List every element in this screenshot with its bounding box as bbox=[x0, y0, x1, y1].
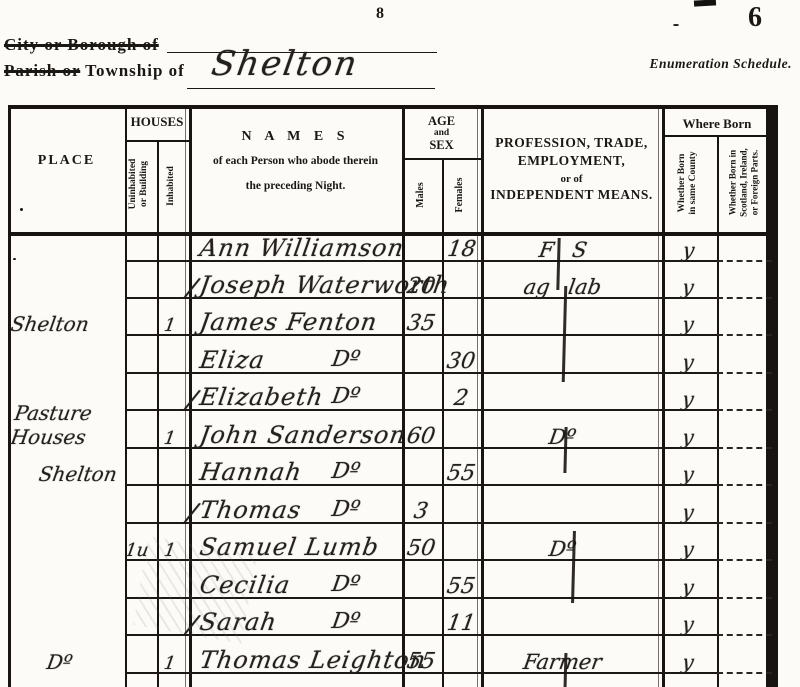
ditto-mark: Dº bbox=[330, 497, 362, 522]
inhabited-cell bbox=[151, 374, 191, 412]
inhabited-cell bbox=[151, 486, 191, 525]
place-cell bbox=[9, 524, 127, 562]
parish-township-line: Parish or Township of bbox=[4, 61, 185, 81]
born-elsewhere-line1: Whether Born in bbox=[728, 133, 739, 233]
township-label: Township of bbox=[85, 61, 185, 80]
born-county-cell: y bbox=[659, 561, 719, 600]
person-name: Ann Williamson bbox=[198, 234, 407, 262]
census-scan-page: 8 6 City or Borough of Parish or Townshi… bbox=[0, 0, 800, 687]
place-cell bbox=[9, 486, 127, 525]
col-header-where-born: Where Born bbox=[662, 117, 772, 132]
born-elsewhere-cell bbox=[715, 232, 774, 263]
large-page-number: 6 bbox=[748, 2, 762, 34]
name-cell: ElizaDº bbox=[190, 336, 402, 374]
col-header-born-county: Whether Born in same County bbox=[677, 135, 701, 231]
col-header-names-sub2: the preceding Night. bbox=[189, 180, 402, 193]
person-name: Joseph Waterworth bbox=[198, 271, 452, 299]
age-males-cell bbox=[399, 449, 445, 487]
born-elsewhere-cell bbox=[714, 636, 774, 675]
name-cell: Ann Williamson bbox=[190, 232, 402, 262]
inhabited-cell: 1 bbox=[151, 636, 191, 675]
age-males-cell bbox=[399, 561, 445, 600]
born-elsewhere-cell bbox=[714, 599, 774, 637]
col-header-inhabited: Inhabited bbox=[166, 141, 180, 231]
born-county-cell: y bbox=[659, 524, 719, 562]
profession-cell: Dº bbox=[478, 524, 649, 562]
table-row: Shelton135yJames Fenton bbox=[8, 299, 778, 336]
born-county-cell: y bbox=[659, 599, 719, 637]
place-cell bbox=[9, 599, 127, 637]
enumeration-schedule-label: Enumeration Schedule. bbox=[600, 56, 792, 72]
ditto-mark: Dº bbox=[330, 347, 362, 372]
born-elsewhere-line2: Scotland, Ireland, bbox=[738, 133, 749, 233]
col-header-profession-3: or of bbox=[481, 173, 662, 186]
col-header-age: AGE bbox=[402, 114, 481, 128]
person-name: Elizabeth bbox=[198, 383, 326, 411]
table-row: 55yCeciliaDº bbox=[8, 561, 778, 599]
born-elsewhere-cell bbox=[714, 411, 774, 450]
place-cell bbox=[10, 232, 127, 263]
name-cell: James Fenton bbox=[190, 299, 402, 336]
born-county-cell: y bbox=[659, 336, 719, 375]
born-county-cell: y bbox=[659, 449, 719, 487]
parish-struck-label: Parish or bbox=[4, 61, 80, 80]
born-county-cell: y bbox=[659, 374, 719, 412]
born-elsewhere-cell bbox=[714, 374, 774, 412]
born-county-line1: Whether Born bbox=[677, 135, 688, 231]
col-header-males: Males bbox=[415, 155, 429, 235]
col-header-place: PLACE bbox=[8, 153, 125, 169]
person-name: James Fenton bbox=[198, 308, 380, 336]
age-males-cell bbox=[399, 336, 445, 375]
born-county-cell: y bbox=[660, 232, 719, 263]
age-males-cell bbox=[399, 599, 445, 637]
col-header-names-title: N A M E S bbox=[189, 129, 402, 145]
col-header-houses: HOUSES bbox=[125, 115, 189, 130]
inhabited-cell: 1 bbox=[151, 299, 191, 337]
person-name: John Sanderson bbox=[198, 421, 409, 449]
scan-speck bbox=[673, 24, 679, 26]
inhabited-cell bbox=[151, 336, 191, 375]
col-header-females: Females bbox=[454, 155, 468, 235]
age-males-cell bbox=[399, 374, 445, 412]
scan-smudge bbox=[133, 536, 257, 644]
age-females-cell: 18 bbox=[440, 232, 485, 263]
age-males-cell: 50 bbox=[399, 524, 445, 562]
profession-cell: F S bbox=[479, 232, 649, 263]
place-cell bbox=[9, 336, 127, 375]
born-elsewhere-cell bbox=[714, 262, 774, 300]
age-males-cell bbox=[400, 232, 445, 263]
city-borough-struck-label: City or Borough of bbox=[4, 35, 159, 54]
small-page-number: 8 bbox=[376, 5, 384, 23]
profession-cell bbox=[478, 486, 649, 525]
scan-speck bbox=[20, 208, 23, 211]
scan-speck bbox=[13, 258, 16, 260]
born-elsewhere-line3: or Foreign Parts. bbox=[749, 133, 760, 233]
person-name: Hannah bbox=[198, 458, 304, 486]
profession-cell bbox=[478, 599, 649, 637]
born-county-cell: y bbox=[659, 262, 719, 300]
born-elsewhere-cell bbox=[714, 299, 774, 337]
city-borough-line: City or Borough of bbox=[4, 35, 159, 55]
name-cell: /Joseph Waterworth bbox=[190, 262, 402, 299]
born-county-cell: y bbox=[659, 486, 719, 525]
age-males-cell: 35 bbox=[399, 299, 445, 337]
ditto-mark: Dº bbox=[330, 609, 362, 634]
name-cell: HannahDº bbox=[190, 449, 402, 486]
table-row: 20ag laby/Joseph Waterworth bbox=[8, 262, 778, 299]
table-row: 11y/SarahDº bbox=[8, 599, 778, 636]
name-cell: /ThomasDº bbox=[190, 486, 402, 524]
inhabited-cell bbox=[152, 232, 191, 263]
person-name: Thomas Leighton bbox=[198, 646, 429, 674]
born-county-line2: in same County bbox=[688, 135, 699, 231]
col-header-profession-4: INDEPENDENT MEANS. bbox=[481, 187, 662, 203]
profession-cell bbox=[478, 561, 649, 600]
born-elsewhere-cell bbox=[714, 486, 774, 525]
age-males-cell: 3 bbox=[399, 486, 445, 525]
col-header-profession-2: EMPLOYMENT, bbox=[481, 153, 662, 169]
name-cell: /ElizabethDº bbox=[190, 374, 402, 411]
born-county-cell: y bbox=[659, 299, 719, 337]
place-cell: Shelton bbox=[9, 299, 127, 337]
enumeration-table: PLACE HOUSES Uninhabited or Building Inh… bbox=[8, 105, 778, 687]
born-elsewhere-cell bbox=[714, 449, 774, 487]
uninhabited-line2: or Building bbox=[139, 136, 150, 232]
ditto-mark: Dº bbox=[330, 459, 362, 484]
table-row: 30yElizaDº bbox=[8, 336, 778, 374]
ditto-mark: Dº bbox=[330, 572, 362, 597]
place-cell bbox=[9, 262, 127, 300]
inhabited-cell bbox=[151, 449, 191, 487]
born-elsewhere-cell bbox=[714, 561, 774, 600]
col-header-uninhabited: Uninhabited or Building bbox=[128, 136, 154, 232]
born-elsewhere-cell bbox=[714, 336, 774, 375]
township-handwritten-value: Shelton bbox=[209, 44, 362, 84]
place-cell: Pasture Houses bbox=[9, 411, 127, 450]
col-header-born-elsewhere: Whether Born in Scotland, Ireland, or Fo… bbox=[728, 133, 761, 233]
born-county-cell: y bbox=[659, 636, 719, 675]
born-elsewhere-cell bbox=[714, 524, 774, 562]
table-row: Pasture Houses160DºyJohn Sanderson bbox=[8, 411, 778, 449]
name-cell: John Sanderson bbox=[190, 411, 402, 449]
col-header-names-sub1: of each Person who abode therein bbox=[189, 155, 402, 168]
ditto-mark: Dº bbox=[330, 384, 362, 409]
inhabited-cell bbox=[151, 262, 191, 300]
inhabited-cell: 1 bbox=[151, 411, 191, 450]
col-header-sex: SEX bbox=[402, 138, 481, 152]
person-name: Eliza bbox=[198, 346, 267, 374]
place-cell bbox=[9, 561, 127, 600]
person-name: Thomas bbox=[198, 496, 304, 524]
table-row: 18F SyAnn Williamson bbox=[8, 232, 778, 262]
col-header-profession-1: PROFESSION, TRADE, bbox=[481, 135, 662, 151]
name-cell: Thomas Leighton bbox=[190, 636, 402, 674]
table-row: 1u150DºySamuel Lumb bbox=[8, 524, 778, 561]
scan-edge-mark bbox=[694, 0, 716, 7]
table-row: Shelton55yHannahDº bbox=[8, 449, 778, 486]
uninhabited-line1: Uninhabited bbox=[128, 136, 139, 232]
ink-stroke bbox=[564, 653, 567, 687]
table-row: 3y/ThomasDº bbox=[8, 486, 778, 524]
born-county-cell: y bbox=[659, 411, 719, 450]
table-row: Dº155FarmeryThomas Leighton bbox=[8, 636, 778, 674]
township-blank-line bbox=[187, 88, 435, 89]
